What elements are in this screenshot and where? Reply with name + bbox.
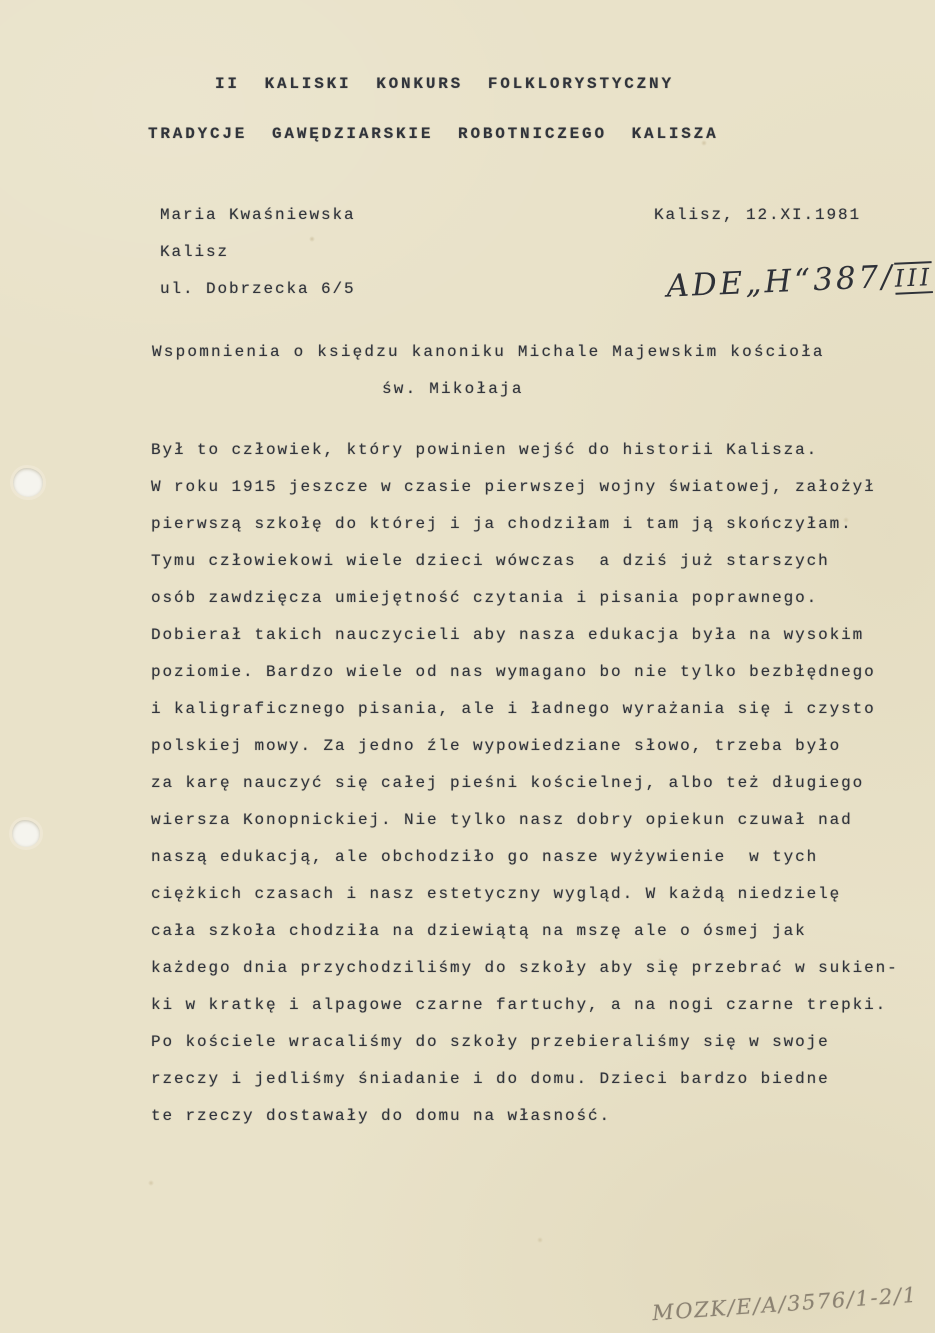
document-page: II KALISKI KONKURS FOLKLORYSTYCZNY TRADY…: [0, 0, 935, 1333]
handwritten-reference-main: ADE„H“387/: [666, 259, 896, 305]
hole-punch-bottom: [12, 820, 40, 847]
contest-header-line1: II KALISKI KONKURS FOLKLORYSTYCZNY: [215, 66, 674, 103]
memoir-title-line2: św. Mikołaja: [382, 371, 524, 408]
hole-punch-top: [13, 468, 43, 497]
memoir-title-line1: Wspomnienia o księdzu kanoniku Michale M…: [152, 334, 825, 371]
handwritten-reference-suffix: III: [894, 263, 933, 293]
body-text: Był to człowiek, który powinien wejść do…: [151, 432, 899, 1135]
contest-header-line2: TRADYCJE GAWĘDZIARSKIE ROBOTNICZEGO KALI…: [148, 116, 718, 153]
handwritten-reference: ADE„H“387/III: [613, 221, 935, 343]
sender-address: Maria Kwaśniewska Kalisz ul. Dobrzecka 6…: [160, 197, 356, 308]
archive-reference: MOZK/E/A/3576/1-2/1: [651, 1283, 918, 1325]
